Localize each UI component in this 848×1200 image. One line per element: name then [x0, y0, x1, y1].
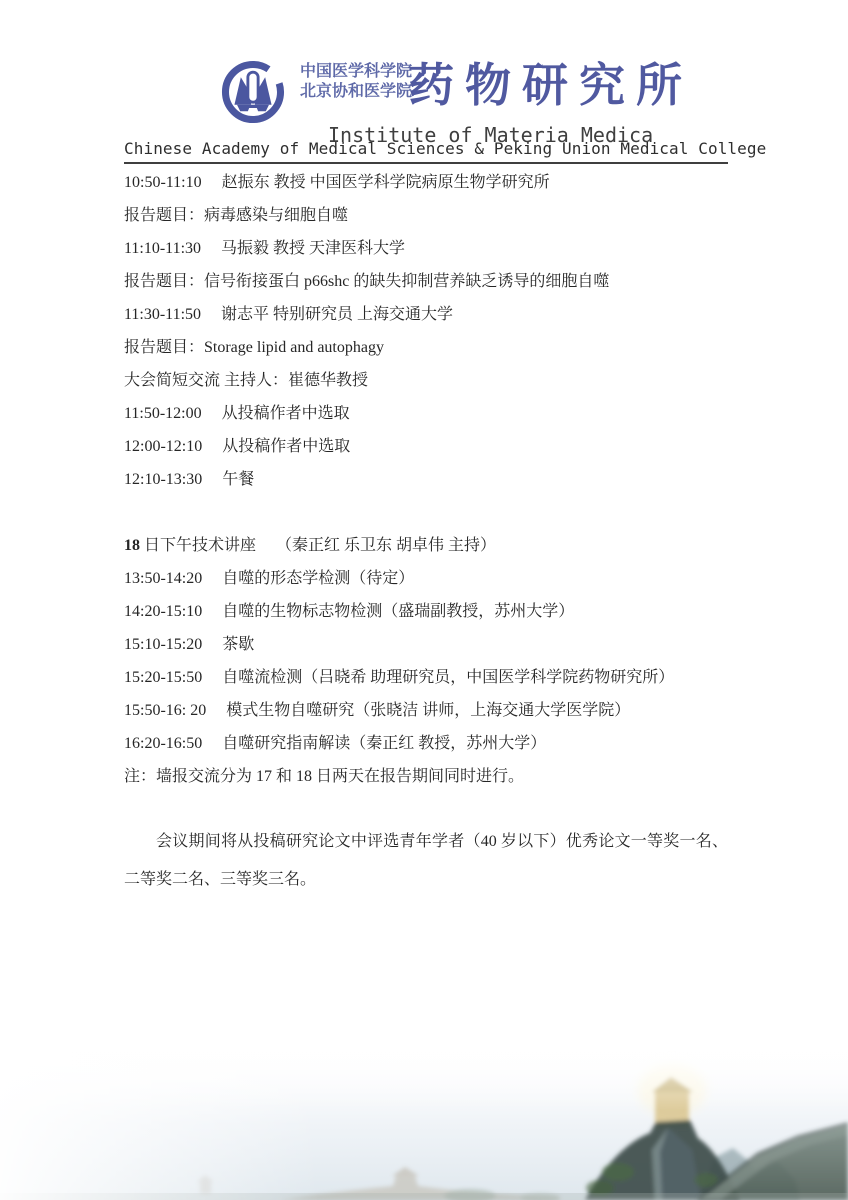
row-text: 赵振东 教授 中国医学科学院病原生物学研究所 [222, 174, 550, 191]
row-text: 自噬流检测（吕晓希 助理研究员，中国医学科学院药物研究所） [222, 669, 674, 686]
schedule-row: 大会简短交流 主持人：崔德华教授 [124, 364, 728, 397]
schedule-row: 12:10-13:30午餐 [124, 463, 728, 496]
row-text: 自噬研究指南解读（秦正红 教授，苏州大学） [222, 735, 546, 752]
row-time: 10:50-11:10 [124, 174, 202, 191]
schedule-row: 13:50-14:20自噬的形态学检测（待定） [124, 562, 728, 595]
row-text: 午餐 [222, 471, 254, 488]
closing-paragraph: 会议期间将从投稿研究论文中评选青年学者（40 岁以下）优秀论文一等奖一名、二等奖… [124, 823, 728, 899]
row-text: 茶歇 [222, 636, 254, 653]
row-time: 15:50-16: 20 [124, 702, 206, 719]
org-names: 中国医学科学院 北京协和医学院 [300, 62, 412, 102]
row-text: 从投稿作者中选取 [222, 405, 350, 422]
row-time: 12:10-13:30 [124, 471, 202, 488]
schedule-row: 报告题目：Storage lipid and autophagy [124, 331, 728, 364]
imm-logo-icon [221, 58, 285, 126]
row-time: 13:50-14:20 [124, 570, 202, 587]
college-name-english: Chinese Academy of Medical Sciences & Pe… [124, 139, 728, 164]
row-text: 模式生物自噬研究（张晓洁 讲师，上海交通大学医学院） [226, 702, 630, 719]
schedule-row: 15:20-15:50自噬流检测（吕晓希 助理研究员，中国医学科学院药物研究所） [124, 661, 728, 694]
schedule-row: 报告题目：信号衔接蛋白 p66shc 的缺失抑制营养缺乏诱导的细胞自噬 [124, 265, 728, 298]
row-text: 报告题目：病毒感染与细胞自噬 [124, 207, 348, 224]
row-time: 12:00-12:10 [124, 438, 202, 455]
schedule-row: 15:50-16: 20模式生物自噬研究（张晓洁 讲师，上海交通大学医学院） [124, 694, 728, 727]
afternoon-section-title: 18 日下午技术讲座 （秦正红 乐卫东 胡卓伟 主持） [124, 529, 728, 562]
document-page: 中国医学科学院 北京协和医学院 药物研究所 Institute of Mater… [0, 0, 848, 1200]
row-time: 11:10-11:30 [124, 240, 201, 257]
poster-note: 注：墙报交流分为 17 和 18 日两天在报告期间同时进行。 [124, 760, 728, 793]
schedule-list: 10:50-11:10赵振东 教授 中国医学科学院病原生物学研究所 报告题目：病… [124, 166, 728, 793]
org-name-line1: 中国医学科学院 [300, 62, 412, 82]
schedule-row: 16:20-16:50自噬研究指南解读（秦正红 教授，苏州大学） [124, 727, 728, 760]
row-text: 报告题目：Storage lipid and autophagy [124, 339, 384, 356]
schedule-row: 14:20-15:10自噬的生物标志物检测（盛瑞副教授，苏州大学） [124, 595, 728, 628]
row-text: 马振毅 教授 天津医科大学 [221, 240, 405, 257]
page-content: 中国医学科学院 北京协和医学院 药物研究所 Institute of Mater… [124, 0, 728, 899]
row-text: 自噬的生物标志物检测（盛瑞副教授，苏州大学） [222, 603, 574, 620]
row-text: 谢志平 特别研究员 上海交通大学 [221, 306, 453, 323]
schedule-row: 10:50-11:10赵振东 教授 中国医学科学院病原生物学研究所 [124, 166, 728, 199]
schedule-row: 11:10-11:30马振毅 教授 天津医科大学 [124, 232, 728, 265]
section-title-day: 18 [124, 537, 140, 554]
great-wall-photo [0, 1030, 848, 1200]
row-text: 报告题目：信号衔接蛋白 p66shc 的缺失抑制营养缺乏诱导的细胞自噬 [124, 273, 609, 290]
row-time: 11:30-11:50 [124, 306, 201, 323]
section-title-rest: 日下午技术讲座 （秦正红 乐卫东 胡卓伟 主持） [140, 537, 496, 554]
institute-name-calligraphy: 药物研究所 [408, 49, 693, 115]
row-time: 11:50-12:00 [124, 405, 202, 422]
org-name-line2: 北京协和医学院 [300, 82, 412, 102]
schedule-row: 12:00-12:10从投稿作者中选取 [124, 430, 728, 463]
schedule-row: 15:10-15:20茶歇 [124, 628, 728, 661]
schedule-row: 11:50-12:00从投稿作者中选取 [124, 397, 728, 430]
schedule-row: 报告题目：病毒感染与细胞自噬 [124, 199, 728, 232]
row-text: 自噬的形态学检测（待定） [222, 570, 414, 587]
schedule-row: 11:30-11:50谢志平 特别研究员 上海交通大学 [124, 298, 728, 331]
row-time: 14:20-15:10 [124, 603, 202, 620]
row-text: 从投稿作者中选取 [222, 438, 350, 455]
row-time: 15:10-15:20 [124, 636, 202, 653]
letterhead: 中国医学科学院 北京协和医学院 药物研究所 Institute of Mater… [124, 55, 728, 164]
row-time: 15:20-15:50 [124, 669, 202, 686]
row-text: 大会简短交流 主持人：崔德华教授 [124, 372, 368, 389]
row-time: 16:20-16:50 [124, 735, 202, 752]
